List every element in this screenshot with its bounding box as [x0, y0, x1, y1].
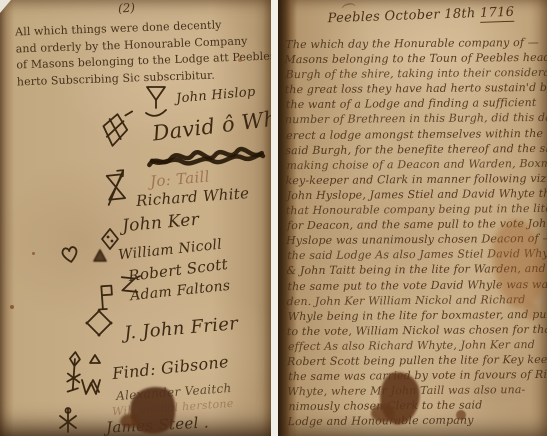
heading-year: 1716 — [480, 5, 515, 23]
manuscript-photo: (2) All which things were done decently … — [0, 0, 547, 436]
big-diamond-mark-icon — [84, 308, 114, 338]
signature-david-whyte: David ô Whyte — [151, 102, 271, 145]
ink-stain — [456, 410, 466, 420]
paper-speck — [32, 252, 35, 255]
heading-place-date: Peebles October 18th — [327, 6, 475, 26]
left-page: (2) All which things were done decently … — [0, 0, 271, 436]
smudge-triangle-mark-icon — [92, 248, 108, 264]
rust-speck — [524, 302, 538, 320]
minute-line: Lodge and Honourable company — [288, 412, 547, 429]
heart-mark-icon — [59, 244, 82, 265]
signature-john-frier: J. John Frier — [123, 313, 239, 344]
corner-flourish: ( — [340, 1, 359, 10]
wa-mark-icon — [80, 378, 104, 396]
triangle-mark-icon — [88, 353, 102, 366]
flag-mark-icon — [96, 281, 116, 310]
signature-find-gibsone: Find: Gibsone — [111, 352, 229, 383]
ink-stain — [120, 414, 138, 428]
right-page: ( Peebles October 18th 1716 The which da… — [278, 0, 547, 436]
diamond-cross-mark-icon — [97, 106, 134, 154]
chi-rho-mark-icon — [57, 406, 79, 434]
goblet-mark-icon — [143, 84, 169, 120]
page-number: (2) — [118, 1, 136, 16]
paper-speck — [10, 305, 14, 309]
paper-speck — [238, 58, 242, 62]
closing-paragraph: All which things were done decently and … — [15, 15, 271, 90]
signature-john-ker: John Ker — [121, 210, 200, 237]
hourglass-mark-icon — [102, 169, 130, 207]
page-corner-highlight — [0, 0, 11, 13]
page-gap — [271, 0, 278, 436]
signature-john-hislop: John Hislop — [175, 85, 256, 107]
ink-stain — [371, 404, 395, 422]
